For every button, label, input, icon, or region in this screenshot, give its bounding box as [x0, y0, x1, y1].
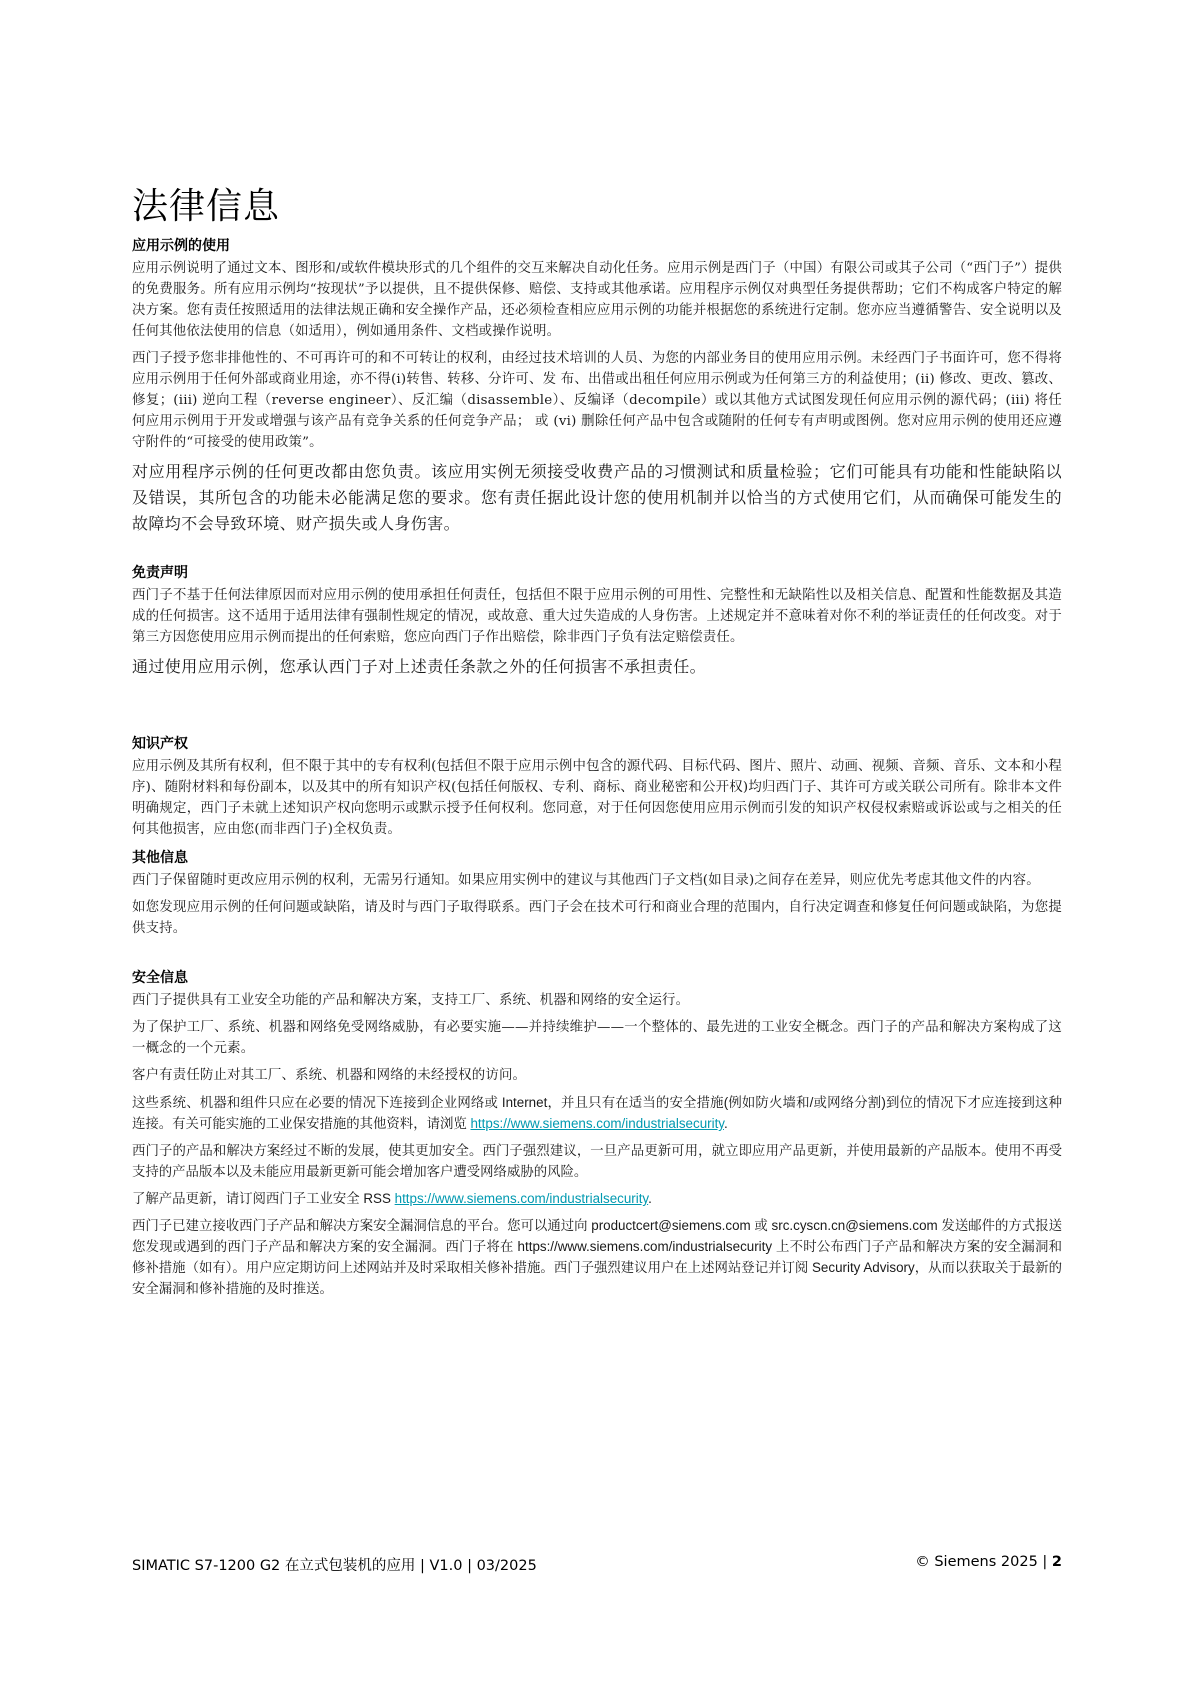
section-heading: 应用示例的使用 [132, 236, 1062, 256]
footer-document-info: SIMATIC S7-1200 G2 在立式包装机的应用 | V1.0 | 03… [132, 1554, 537, 1575]
paragraph: 应用示例及其所有权利，但不限于其中的专有权利(包括但不限于应用示例中包含的源代码… [132, 756, 1062, 840]
paragraph: 应用示例说明了通过文本、图形和/或软件模块形式的几个组件的交互来解决自动化任务。… [132, 258, 1062, 342]
paragraph: 这些系统、机器和组件只应在必要的情况下连接到企业网络或 Internet，并且只… [132, 1092, 1062, 1134]
section-usage: 应用示例的使用 应用示例说明了通过文本、图形和/或软件模块形式的几个组件的交互来… [132, 236, 1062, 537]
copyright-text: © Siemens 2025 | [915, 1554, 1052, 1570]
section-disclaimer: 免责声明 西门子不基于任何法律原因而对应用示例的使用承担任何责任，包括但不限于应… [132, 563, 1062, 680]
paragraph: 了解产品更新，请订阅西门子工业安全 RSS https://www.siemen… [132, 1188, 1062, 1209]
section-ip: 知识产权 应用示例及其所有权利，但不限于其中的专有权利(包括但不限于应用示例中包… [132, 734, 1062, 846]
paragraph: 为了保护工厂、系统、机器和网络免受网络威胁，有必要实施——并持续维护——一个整体… [132, 1017, 1062, 1059]
rss-security-link[interactable]: https://www.siemens.com/industrialsecuri… [395, 1191, 649, 1206]
section-heading: 安全信息 [132, 968, 1062, 988]
paragraph: 西门子保留随时更改应用示例的权利，无需另行通知。如果应用实例中的建议与其他西门子… [132, 870, 1062, 891]
paragraph: 客户有责任防止对其工厂、系统、机器和网络的未经授权的访问。 [132, 1065, 1062, 1086]
paragraph: 西门子授予您非排他性的、不可再许可的和不可转让的权利，由经过技术培训的人员、为您… [132, 348, 1062, 453]
page-title: 法律信息 [132, 178, 280, 229]
section-heading: 知识产权 [132, 734, 1062, 754]
period: . [724, 1116, 728, 1131]
paragraph: 通过使用应用示例，您承认西门子对上述责任条款之外的任何损害不承担责任。 [132, 654, 1062, 680]
section-security: 安全信息 西门子提供具有工业安全功能的产品和解决方案，支持工厂、系统、机器和网络… [132, 968, 1062, 1305]
industrial-security-link[interactable]: https://www.siemens.com/industrialsecuri… [470, 1116, 724, 1131]
paragraph: 西门子提供具有工业安全功能的产品和解决方案，支持工厂、系统、机器和网络的安全运行… [132, 990, 1062, 1011]
paragraph-text: 了解产品更新，请订阅西门子工业安全 RSS [132, 1191, 395, 1206]
section-heading: 免责声明 [132, 563, 1062, 583]
page-footer: SIMATIC S7-1200 G2 在立式包装机的应用 | V1.0 | 03… [132, 1554, 1062, 1575]
paragraph: 西门子的产品和解决方案经过不断的发展，使其更加安全。西门子强烈建议，一旦产品更新… [132, 1140, 1062, 1182]
paragraph: 对应用程序示例的任何更改都由您负责。该应用实例无须接受收费产品的习惯测试和质量检… [132, 459, 1062, 537]
paragraph: 西门子不基于任何法律原因而对应用示例的使用承担任何责任，包括但不限于应用示例的可… [132, 585, 1062, 648]
paragraph: 如您发现应用示例的任何问题或缺陷，请及时与西门子取得联系。西门子会在技术可行和商… [132, 897, 1062, 939]
paragraph: 西门子已建立接收西门子产品和解决方案安全漏洞信息的平台。您可以通过向 produ… [132, 1215, 1062, 1299]
section-other: 其他信息 西门子保留随时更改应用示例的权利，无需另行通知。如果应用实例中的建议与… [132, 848, 1062, 945]
section-heading: 其他信息 [132, 848, 1062, 868]
page-number: 2 [1052, 1554, 1062, 1570]
period: . [648, 1191, 652, 1206]
footer-copyright: © Siemens 2025 | 2 [915, 1554, 1062, 1575]
